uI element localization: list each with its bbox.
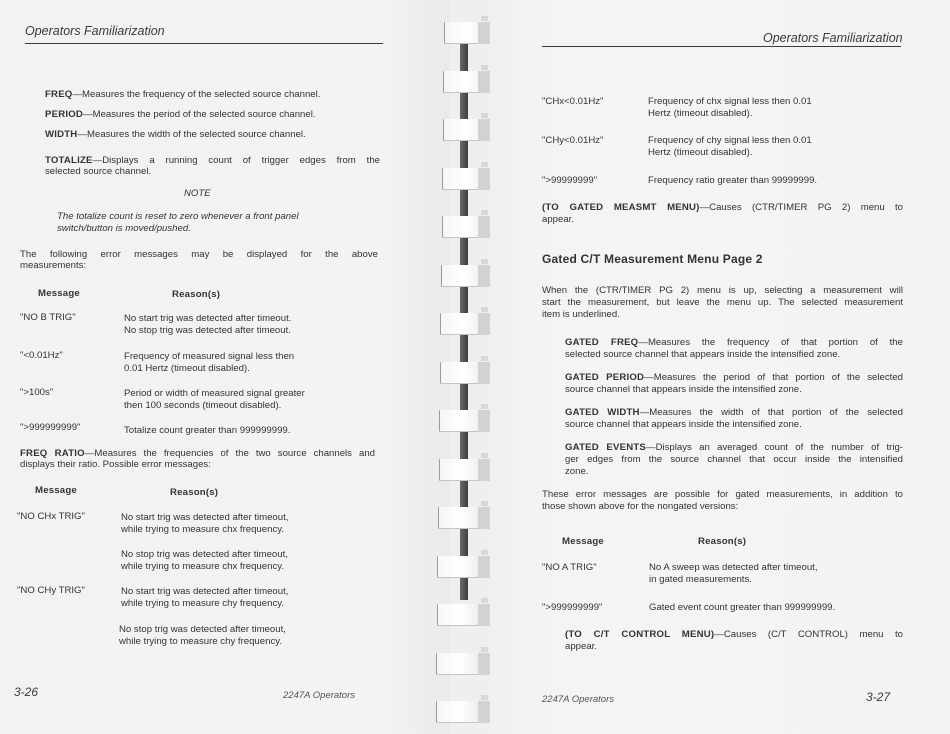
measurement-period: PERIOD—Measures the period of the select… (45, 108, 316, 121)
table2-row-reason: while trying to measure chx frequency. (121, 560, 284, 573)
freq-ratio-cont: displays their ratio. Possible error mes… (20, 458, 211, 471)
table3-row-reason: in gated measurements. (649, 573, 752, 586)
table3-row-message: ">999999999" (542, 601, 602, 614)
binding-ring-tab (478, 604, 490, 626)
binding-ring-tab (478, 556, 490, 578)
table2-row-message: "NO CHx TRIG" (17, 510, 85, 523)
gated-errors-intro-line2: those shown above for the nongated versi… (542, 500, 738, 513)
binding-ring-tab (478, 313, 490, 335)
left-page: Operators Familiarization FREQ—Measures … (0, 0, 450, 734)
right-page-header: Operators Familiarization (763, 31, 903, 45)
binding-ring-tab (478, 119, 490, 141)
table-cont-row-message: "CHx<0.01Hz" (542, 95, 603, 108)
to-gated-measmt-menu-cont: appear. (542, 213, 574, 226)
table1-row-message: "NO B TRIG" (20, 311, 76, 324)
intro-line3: item is underlined. (542, 308, 620, 321)
table1-header-message: Message (38, 287, 80, 300)
left-page-number: 3-26 (14, 685, 38, 699)
table1-row-reason: 0.01 Hertz (timeout disabled). (124, 362, 250, 375)
left-header-rule (25, 43, 383, 44)
binding-ring-tab (478, 507, 490, 529)
to-gated-measmt-menu: (TO GATED MEASMT MENU)—Causes (CTR/TIMER… (542, 201, 903, 214)
binding-hole (481, 210, 488, 215)
note-line2: switch/button is moved/pushed. (57, 222, 191, 235)
to-ct-control-menu: (TO C/T CONTROL MENU)—Causes (C/T CONTRO… (565, 628, 903, 641)
binding-hole (481, 16, 488, 21)
binding-hole (481, 113, 488, 118)
note-title: NOTE (184, 187, 211, 200)
binding-ring-tab (478, 362, 490, 384)
left-page-header: Operators Familiarization (25, 24, 165, 38)
binding-hole (481, 647, 488, 652)
errors-intro-line2: measurements: (20, 259, 86, 272)
table1-row-message: ">100s" (20, 386, 53, 399)
binding-ring-tab (478, 168, 490, 190)
binding-ring-tab (478, 71, 490, 93)
binding-ring-tab (478, 22, 490, 44)
binding-hole (481, 550, 488, 555)
gated-events-cont: ger edges from the source channel that o… (565, 453, 903, 466)
binding-ring-tab (478, 216, 490, 238)
table2-row-reason: while trying to measure chx frequency. (121, 523, 284, 536)
to-ct-control-menu-cont: appear. (565, 640, 597, 653)
table1-header-reason: Reason(s) (172, 288, 220, 301)
measurement-totalize-cont: selected source channel. (45, 165, 151, 178)
table1-row-reason: No stop trig was detected after timeout. (124, 324, 291, 337)
table3-header-message: Message (562, 535, 604, 548)
binding-hole (481, 453, 488, 458)
table2-row-reason: while trying to measure chy frequency. (119, 635, 282, 648)
table3-row-message: "NO A TRIG" (542, 561, 597, 574)
table1-row-message: "<0.01Hz" (20, 349, 63, 362)
binding-hole (481, 259, 488, 264)
table2-header-reason: Reason(s) (170, 486, 218, 499)
right-page-number: 3-27 (866, 690, 890, 704)
table-cont-row-reason: Hertz (timeout disabled). (648, 146, 753, 159)
table2-header-message: Message (35, 484, 77, 497)
binding-ring-tab (478, 265, 490, 287)
binding-hole (481, 307, 488, 312)
right-page: Operators Familiarization "CHx<0.01Hz" F… (490, 0, 950, 734)
binding-hole (481, 404, 488, 409)
section-title: Gated C/T Measurement Menu Page 2 (542, 252, 763, 267)
right-footer-title: 2247A Operators (542, 694, 614, 705)
table2-row-message: "NO CHy TRIG" (17, 584, 85, 597)
table1-row-message: ">999999999" (20, 421, 80, 434)
binding-hole (481, 598, 488, 603)
binding-hole (481, 162, 488, 167)
table3-header-reason: Reason(s) (698, 535, 746, 548)
table1-row-reason: Totalize count greater than 999999999. (124, 424, 290, 437)
right-header-rule (542, 46, 901, 47)
table2-row-reason: while trying to measure chy frequency. (121, 597, 284, 610)
table-cont-row-message: "CHy<0.01Hz" (542, 134, 603, 147)
measurement-width: WIDTH—Measures the width of the selected… (45, 128, 306, 141)
binding-hole (481, 695, 488, 700)
measurement-freq: FREQ—Measures the frequency of the selec… (45, 88, 320, 101)
gated-period-cont: source channel that appears inside the i… (565, 383, 802, 396)
table-cont-row-message: ">99999999" (542, 174, 597, 187)
left-footer-title: 2247A Operators (283, 690, 355, 701)
binding-ring-tab (478, 653, 490, 675)
gated-freq-cont: selected source channel that appears ins… (565, 348, 840, 361)
table-cont-row-reason: Frequency ratio greater than 99999999. (648, 174, 817, 187)
table-cont-row-reason: Hertz (timeout disabled). (648, 107, 753, 120)
gated-events-cont2: zone. (565, 465, 588, 478)
binding-hole (481, 65, 488, 70)
binding-hole (481, 501, 488, 506)
binding-ring-tab (478, 459, 490, 481)
binding-ring-tab (478, 410, 490, 432)
gated-width-cont: source channel that appears inside the i… (565, 418, 802, 431)
table1-row-reason: then 100 seconds (timeout disabled). (124, 399, 281, 412)
table3-row-reason: Gated event count greater than 999999999… (649, 601, 835, 614)
binding-ring-tab (478, 701, 490, 723)
binding-hole (481, 356, 488, 361)
